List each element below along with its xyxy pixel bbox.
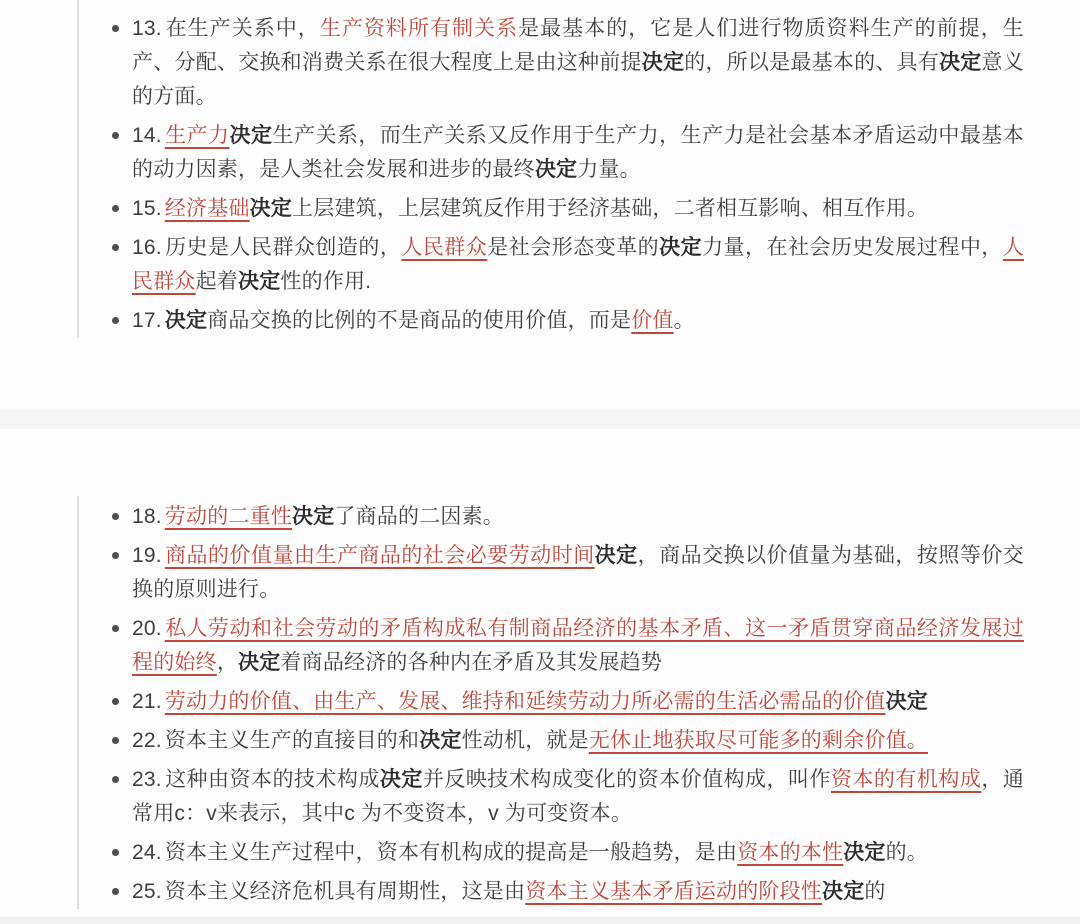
bullet-icon [112,205,119,212]
keyword-bold: 决定 [843,841,885,864]
highlight-red: 资本的有机构成 [831,768,981,791]
bullet-icon [112,625,119,632]
list-item: 20.私人劳动和社会劳动的矛盾构成私有制商品经济的基本矛盾、这一矛盾贯穿商品经济… [112,612,1024,680]
item-text: 18.劳动的二重性决定了商品的二因素。 [132,500,1024,534]
item-text: 15.经济基础决定上层建筑，上层建筑反作用于经济基础，二者相互影响、相互作用。 [132,192,1024,226]
keyword-bold: 决定 [822,880,864,903]
list-item: 18.劳动的二重性决定了商品的二因素。 [112,500,1024,534]
list-item: 25.资本主义经济危机具有周期性，这是由资本主义基本矛盾运动的阶段性决定的 [112,875,1024,909]
item-number: 23. [132,768,162,791]
item-text: 20.私人劳动和社会劳动的矛盾构成私有制商品经济的基本矛盾、这一矛盾贯穿商品经济… [132,612,1024,680]
item-number: 14. [132,124,162,147]
text-segment: 历史是人民群众创造的， [165,236,402,259]
keyword-bold: 决定 [939,51,981,74]
highlight-red: 劳动力的价值、由生产、发展、维持和延续劳动力所必需的生活必需品的价值 [165,690,886,713]
keyword-bold: 决定 [380,768,423,791]
keyword-bold: 决定 [659,236,702,259]
keyword-bold: 决定 [238,651,280,674]
keyword-bold: 决定 [419,729,461,752]
item-number: 21. [132,690,162,713]
item-number: 25. [132,880,162,903]
text-segment: 性动机，就是 [462,729,589,752]
bullet-icon [112,552,119,559]
highlight-red: 经济基础 [165,197,250,220]
highlight-red: 资本主义基本矛盾运动的阶段性 [525,880,822,903]
list-item: 13.在生产关系中，生产资料所有制关系是最基本的，它是人们进行物质资料生产的前提… [112,12,1024,114]
item-number: 16. [132,236,162,259]
text-segment: 性的作用. [280,270,371,293]
keyword-bold: 决定 [230,124,273,147]
item-number: 15. [132,197,162,220]
bullet-icon [112,776,119,783]
text-segment: 资本主义经济危机具有周期性，这是由 [165,880,525,903]
text-segment: 。 [674,309,695,332]
item-text: 24.资本主义生产过程中，资本有机构成的提高是一般趋势，是由资本的本性决定的。 [132,836,1024,870]
item-text: 25.资本主义经济危机具有周期性，这是由资本主义基本矛盾运动的阶段性决定的 [132,875,1024,909]
text-segment: 这种由资本的技术构成 [165,768,380,791]
item-text: 21.劳动力的价值、由生产、发展、维持和延续劳动力所必需的生活必需品的价值决定 [132,685,1024,719]
text-segment: 力量。 [577,158,641,181]
keyword-bold: 决定 [886,690,928,713]
keyword-bold: 决定 [238,270,280,293]
list-item: 23.这种由资本的技术构成决定并反映技术构成变化的资本价值构成，叫作资本的有机构… [112,763,1024,831]
item-text: 14.生产力决定生产关系，而生产关系又反作用于生产力，生产力是社会基本矛盾运动中… [132,119,1024,187]
text-segment: 是社会形态变革的 [487,236,659,259]
item-number: 19. [132,544,162,567]
item-text: 19.商品的价值量由生产商品的社会必要劳动时间决定，商品交换以价值量为基础，按照… [132,539,1024,607]
text-segment: 起着 [196,270,238,293]
text-segment: 了商品的二因素。 [334,505,504,528]
bullet-icon [112,25,119,32]
bullet-icon [112,849,119,856]
item-text: 22.资本主义生产的直接目的和决定性动机，就是无休止地获取尽可能多的剩余价值。 [132,724,1024,758]
page-section-1-wrap: 13.在生产关系中，生产资料所有制关系是最基本的，它是人们进行物质资料生产的前提… [0,0,1080,409]
text-segment: 在生产关系中， [165,17,320,40]
text-segment: 上层建筑，上层建筑反作用于经济基础，二者相互影响、相互作用。 [292,197,928,220]
item-number: 13. [132,17,162,40]
bullet-icon [112,513,119,520]
bullet-icon [112,737,119,744]
note-list-2: 18.劳动的二重性决定了商品的二因素。19.商品的价值量由生产商品的社会必要劳动… [112,500,1024,909]
section-divider [0,409,1080,429]
bullet-icon [112,698,119,705]
text-segment: 的 [864,880,885,903]
list-item: 19.商品的价值量由生产商品的社会必要劳动时间决定，商品交换以价值量为基础，按照… [112,539,1024,607]
item-number: 20. [132,617,162,640]
list-item: 24.资本主义生产过程中，资本有机构成的提高是一般趋势，是由资本的本性决定的。 [112,836,1024,870]
item-text: 23.这种由资本的技术构成决定并反映技术构成变化的资本价值构成，叫作资本的有机构… [132,763,1024,831]
note-list-1: 13.在生产关系中，生产资料所有制关系是最基本的，它是人们进行物质资料生产的前提… [112,12,1024,338]
notes-section-1: 13.在生产关系中，生产资料所有制关系是最基本的，它是人们进行物质资料生产的前提… [77,0,1024,338]
item-number: 18. [132,505,162,528]
item-text: 13.在生产关系中，生产资料所有制关系是最基本的，它是人们进行物质资料生产的前提… [132,12,1024,114]
list-item: 14.生产力决定生产关系，而生产关系又反作用于生产力，生产力是社会基本矛盾运动中… [112,119,1024,187]
list-item: 21.劳动力的价值、由生产、发展、维持和延续劳动力所必需的生活必需品的价值决定 [112,685,1024,719]
text-segment: 并反映技术构成变化的资本价值构成，叫作 [423,768,831,791]
text-segment: 资本主义生产过程中，资本有机构成的提高是一般趋势，是由 [165,841,737,864]
item-number: 24. [132,841,162,864]
text-segment: 的。 [886,841,928,864]
list-item: 17.决定商品交换的比例的不是商品的使用价值，而是价值。 [112,304,1024,338]
highlight-red: 生产力 [165,124,230,147]
text-segment: 力量，在社会历史发展过程中， [702,236,1003,259]
highlight-red: 生产资料所有制关系 [320,17,518,40]
highlight-red: 商品的价值量由生产商品的社会必要劳动时间 [165,544,595,567]
bullet-icon [112,317,119,324]
highlight-red: 人民群众 [401,236,487,259]
bottom-strip [0,917,1080,924]
list-item: 22.资本主义生产的直接目的和决定性动机，就是无休止地获取尽可能多的剩余价值。 [112,724,1024,758]
item-text: 17.决定商品交换的比例的不是商品的使用价值，而是价值。 [132,304,1024,338]
keyword-bold: 决定 [165,309,207,332]
text-segment: 资本主义生产的直接目的和 [165,729,419,752]
keyword-bold: 决定 [250,197,292,220]
highlight-red: 资本的本性 [737,841,843,864]
keyword-bold: 决定 [642,51,684,74]
list-item: 15.经济基础决定上层建筑，上层建筑反作用于经济基础，二者相互影响、相互作用。 [112,192,1024,226]
text-segment: 的，所以是最基本的、具有 [684,51,939,74]
keyword-bold: 决定 [595,544,638,567]
bullet-icon [112,888,119,895]
text-segment: 商品交换的比例的不是商品的使用价值，而是 [207,309,631,332]
bullet-icon [112,132,119,139]
text-segment: ， [217,651,238,674]
list-item: 16.历史是人民群众创造的，人民群众是社会形态变革的决定力量，在社会历史发展过程… [112,231,1024,299]
item-number: 22. [132,729,162,752]
keyword-bold: 决定 [292,505,334,528]
keyword-bold: 决定 [535,158,577,181]
highlight-red: 价值 [631,309,673,332]
highlight-red: 无休止地获取尽可能多的剩余价值。 [589,729,928,752]
notes-section-2: 18.劳动的二重性决定了商品的二因素。19.商品的价值量由生产商品的社会必要劳动… [77,496,1024,909]
bullet-icon [112,244,119,251]
item-number: 17. [132,309,162,332]
highlight-red: 劳动的二重性 [165,505,292,528]
item-text: 16.历史是人民群众创造的，人民群众是社会形态变革的决定力量，在社会历史发展过程… [132,231,1024,299]
text-segment: 着商品经济的各种内在矛盾及其发展趋势 [280,651,662,674]
